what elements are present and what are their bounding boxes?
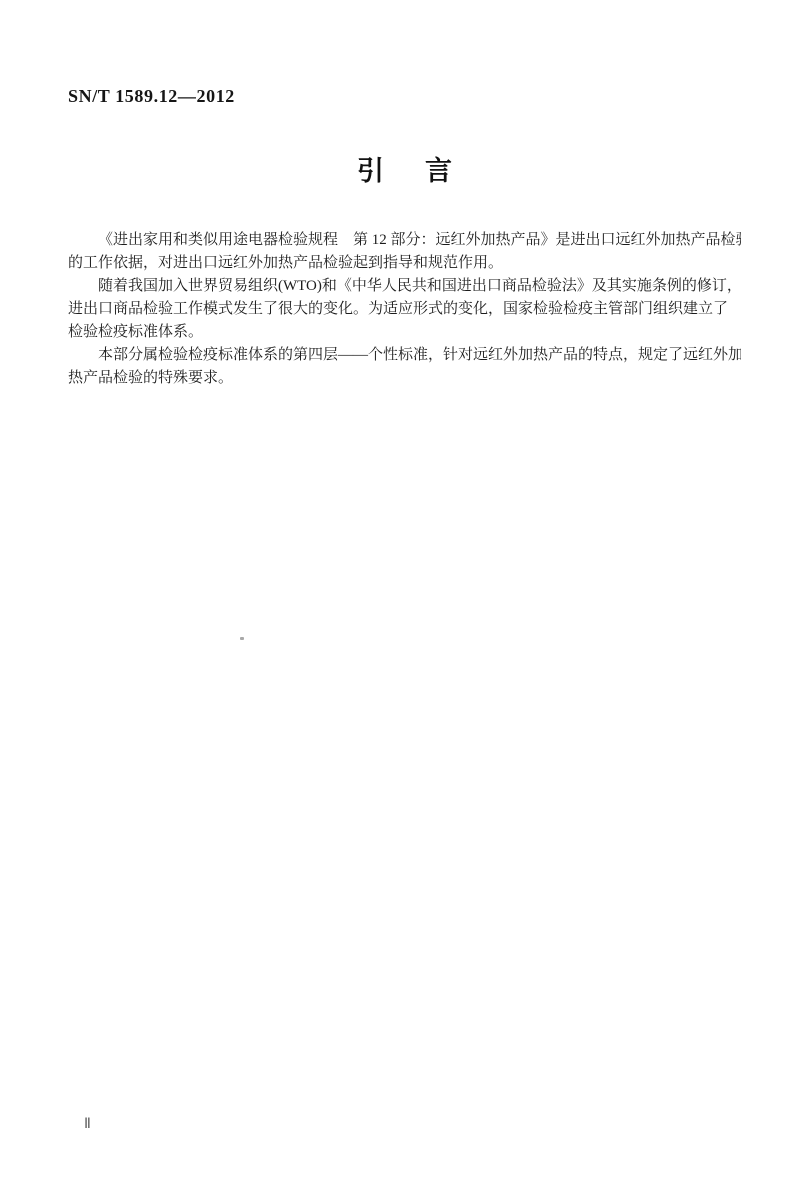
text-line: 随着我国加入世界贸易组织(WTO)和《中华人民共和国进出口商品检验法》及其实施条… bbox=[68, 275, 741, 298]
text-line: 《进出家用和类似用途电器检验规程 第 12 部分：远红外加热产品》是进出口远红外… bbox=[68, 229, 741, 252]
paragraph-3: 本部分属检验检疫标准体系的第四层——个性标准，针对远红外加热产品的特点，规定了远… bbox=[68, 344, 741, 390]
document-page: SN/T 1589.12—2012 引 言 《进出家用和类似用途电器检验规程 第… bbox=[0, 0, 795, 1200]
page-number: Ⅱ bbox=[84, 1115, 91, 1133]
text-line: 检验检疫标准体系。 bbox=[68, 321, 741, 344]
standard-number: SN/T 1589.12—2012 bbox=[68, 86, 235, 107]
body-text: 《进出家用和类似用途电器检验规程 第 12 部分：远红外加热产品》是进出口远红外… bbox=[68, 229, 741, 390]
text-line: 本部分属检验检疫标准体系的第四层——个性标准，针对远红外加热产品的特点，规定了远… bbox=[68, 344, 741, 367]
scan-artifact-speck bbox=[240, 637, 244, 640]
text-line: 热产品检验的特殊要求。 bbox=[68, 367, 741, 390]
text-line: 的工作依据，对进出口远红外加热产品检验起到指导和规范作用。 bbox=[68, 252, 741, 275]
text-line: 进出口商品检验工作模式发生了很大的变化。为适应形式的变化，国家检验检疫主管部门组… bbox=[68, 298, 741, 321]
title-char-first: 引 bbox=[357, 155, 384, 187]
paragraph-1: 《进出家用和类似用途电器检验规程 第 12 部分：远红外加热产品》是进出口远红外… bbox=[68, 229, 741, 275]
paragraph-2: 随着我国加入世界贸易组织(WTO)和《中华人民共和国进出口商品检验法》及其实施条… bbox=[68, 275, 741, 344]
page-title: 引 言 bbox=[68, 155, 741, 187]
title-char-second: 言 bbox=[425, 155, 452, 187]
